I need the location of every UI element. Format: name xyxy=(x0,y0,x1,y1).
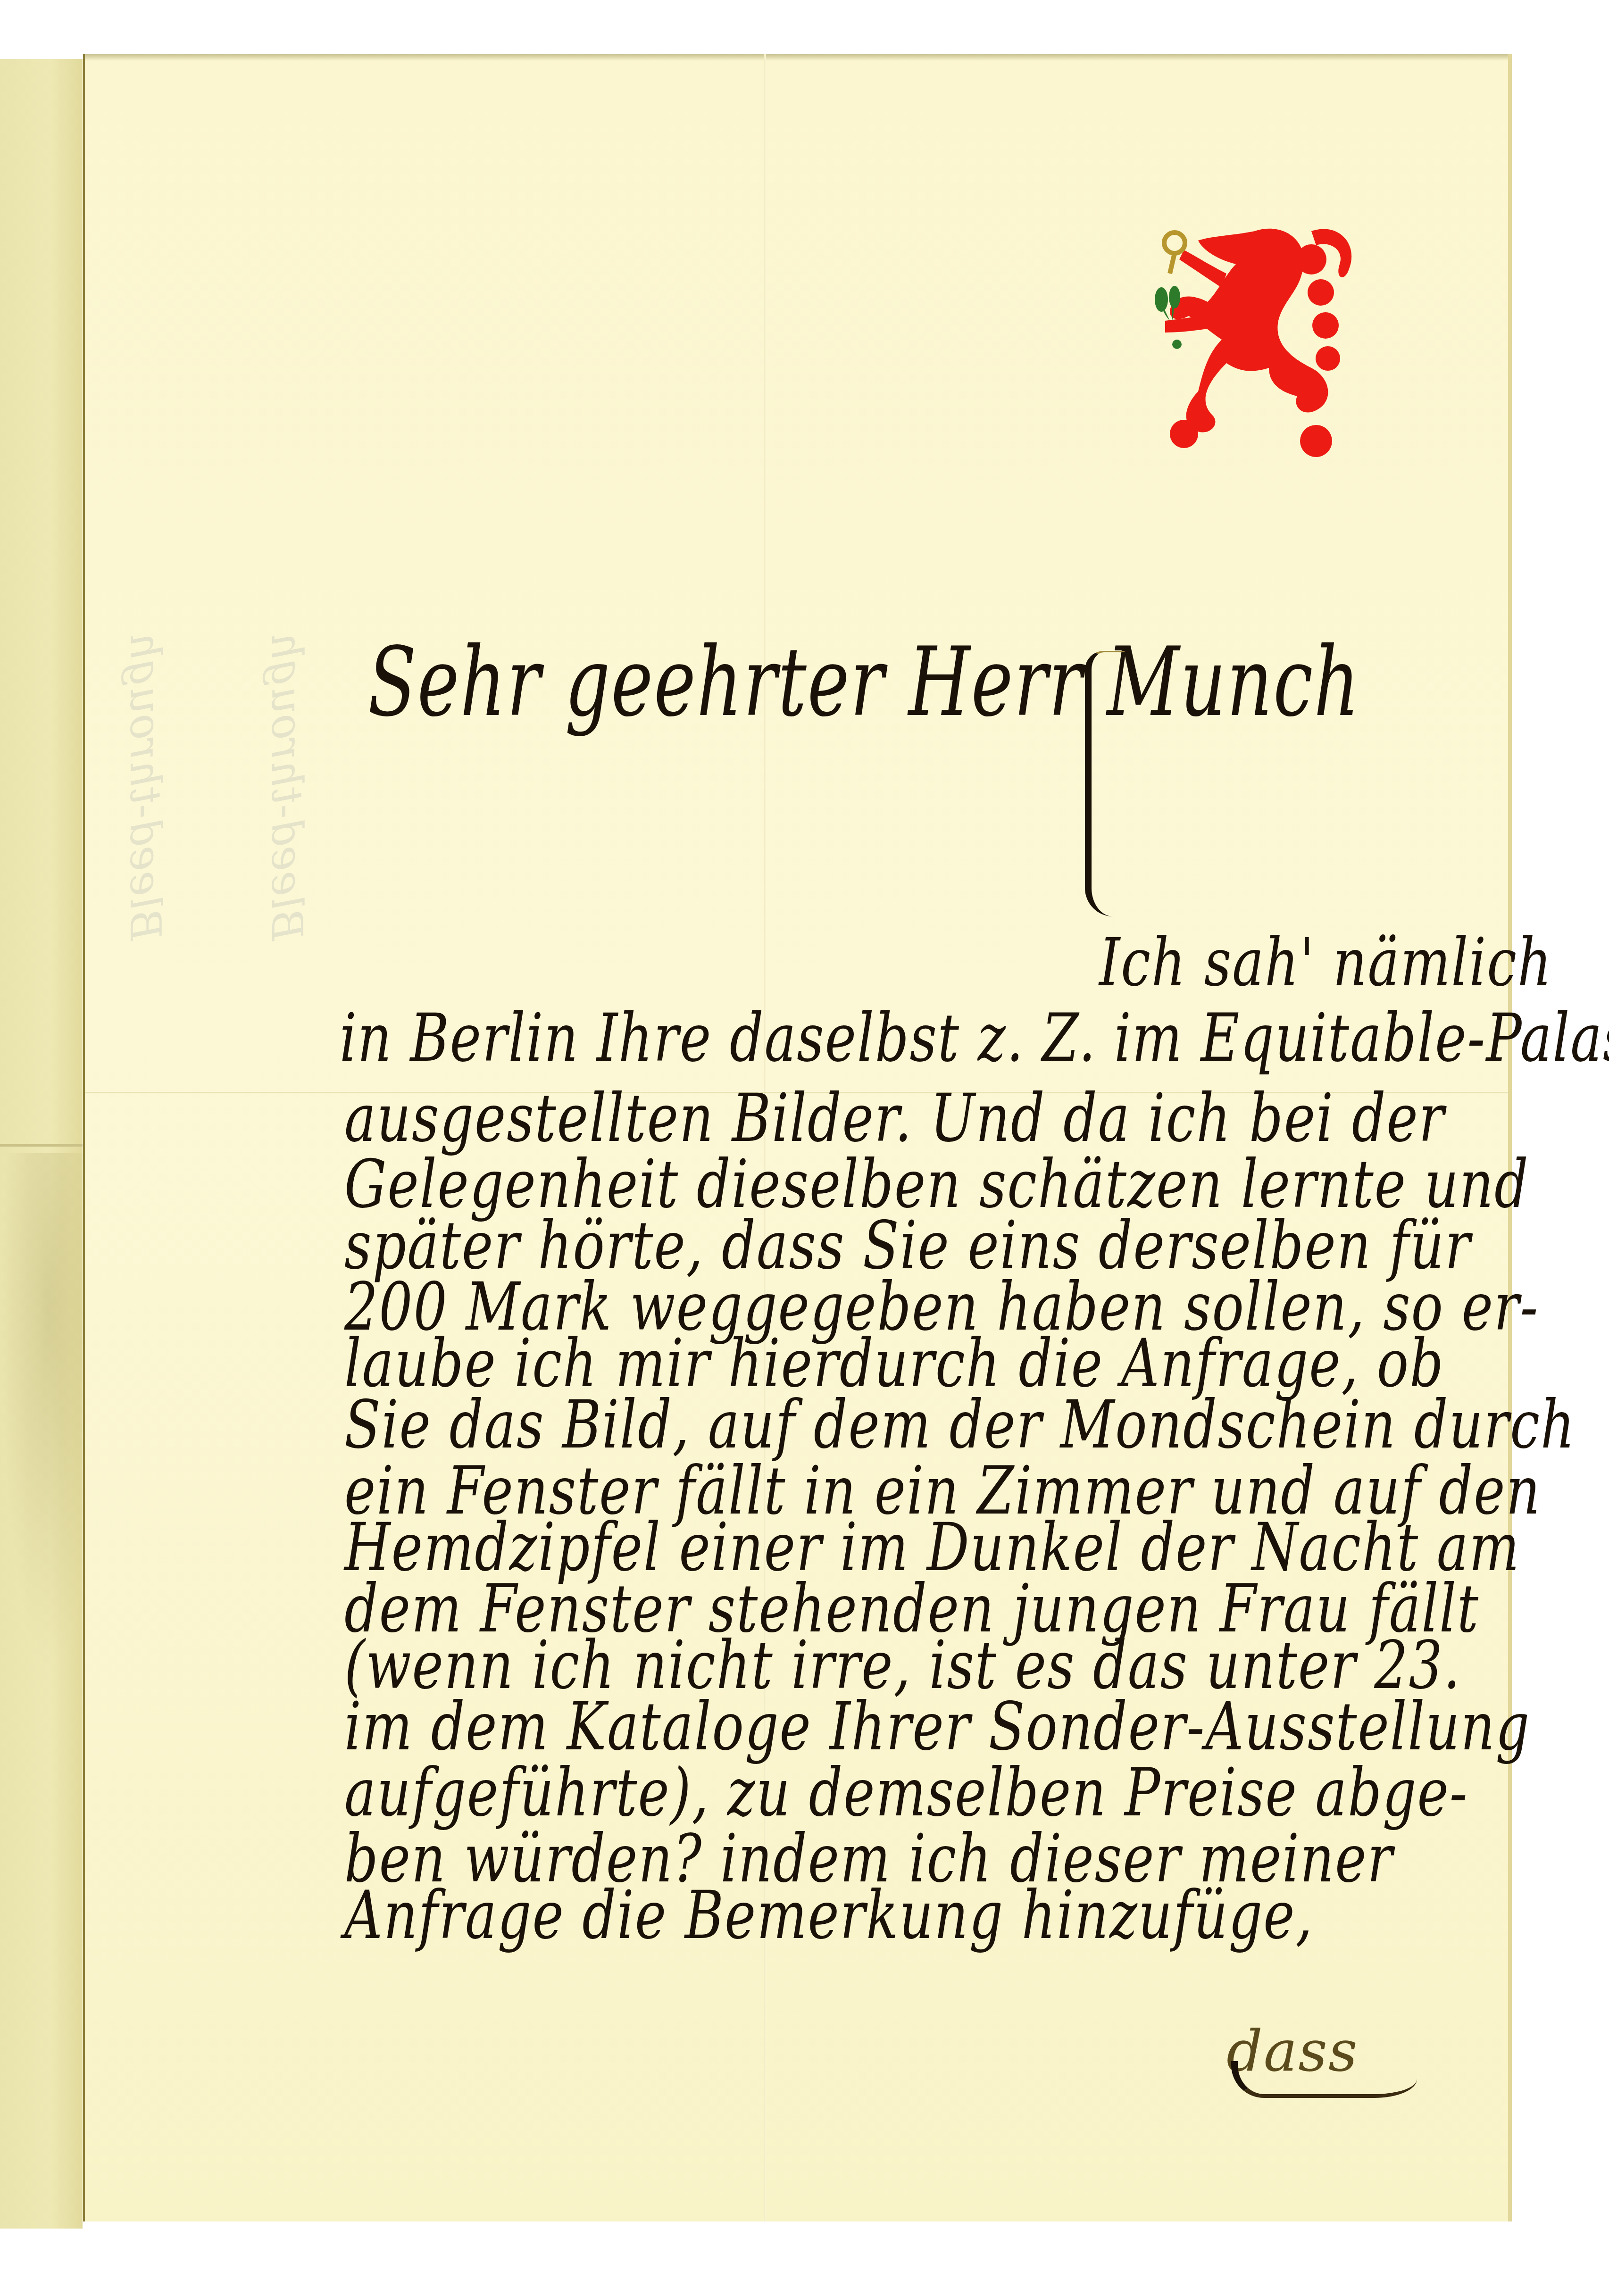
letter-line: im dem Kataloge Ihrer Sonder-Ausstellung xyxy=(344,1689,1530,1765)
sheet-right-edge xyxy=(1508,54,1512,2221)
letter-line: ausgestellten Bilder. Und da ich bei der xyxy=(344,1080,1445,1157)
catchword-flourish xyxy=(1231,2061,1417,2098)
bleed-through-writing: Bleed-through xyxy=(262,632,311,940)
fold-crease xyxy=(0,1144,83,1147)
lion-crest-icon xyxy=(1113,203,1377,467)
salutation: Sehr geehrter Herr Munch xyxy=(368,627,1360,738)
letter-line: aufgeführte), zu demselben Preise abge- xyxy=(344,1755,1468,1831)
back-page-strip xyxy=(0,59,83,2229)
letter-line: Anfrage die Bemerkung hinzufüge, xyxy=(344,1877,1313,1954)
paper-stain xyxy=(0,1153,83,1672)
letter-line: in Berlin Ihre daselbst z. Z. im Equitab… xyxy=(340,1000,1609,1077)
sheet-edge xyxy=(85,54,1512,61)
bleed-through-writing: Bleed-through xyxy=(120,632,170,940)
letter-line: Ich sah' nämlich xyxy=(1099,924,1552,1001)
decorative-flourish xyxy=(1085,651,1125,916)
letter-scan: Bleed-through Bleed-through xyxy=(0,0,1609,2296)
letter-line: Sie das Bild, auf dem der Mondschein dur… xyxy=(344,1387,1576,1464)
